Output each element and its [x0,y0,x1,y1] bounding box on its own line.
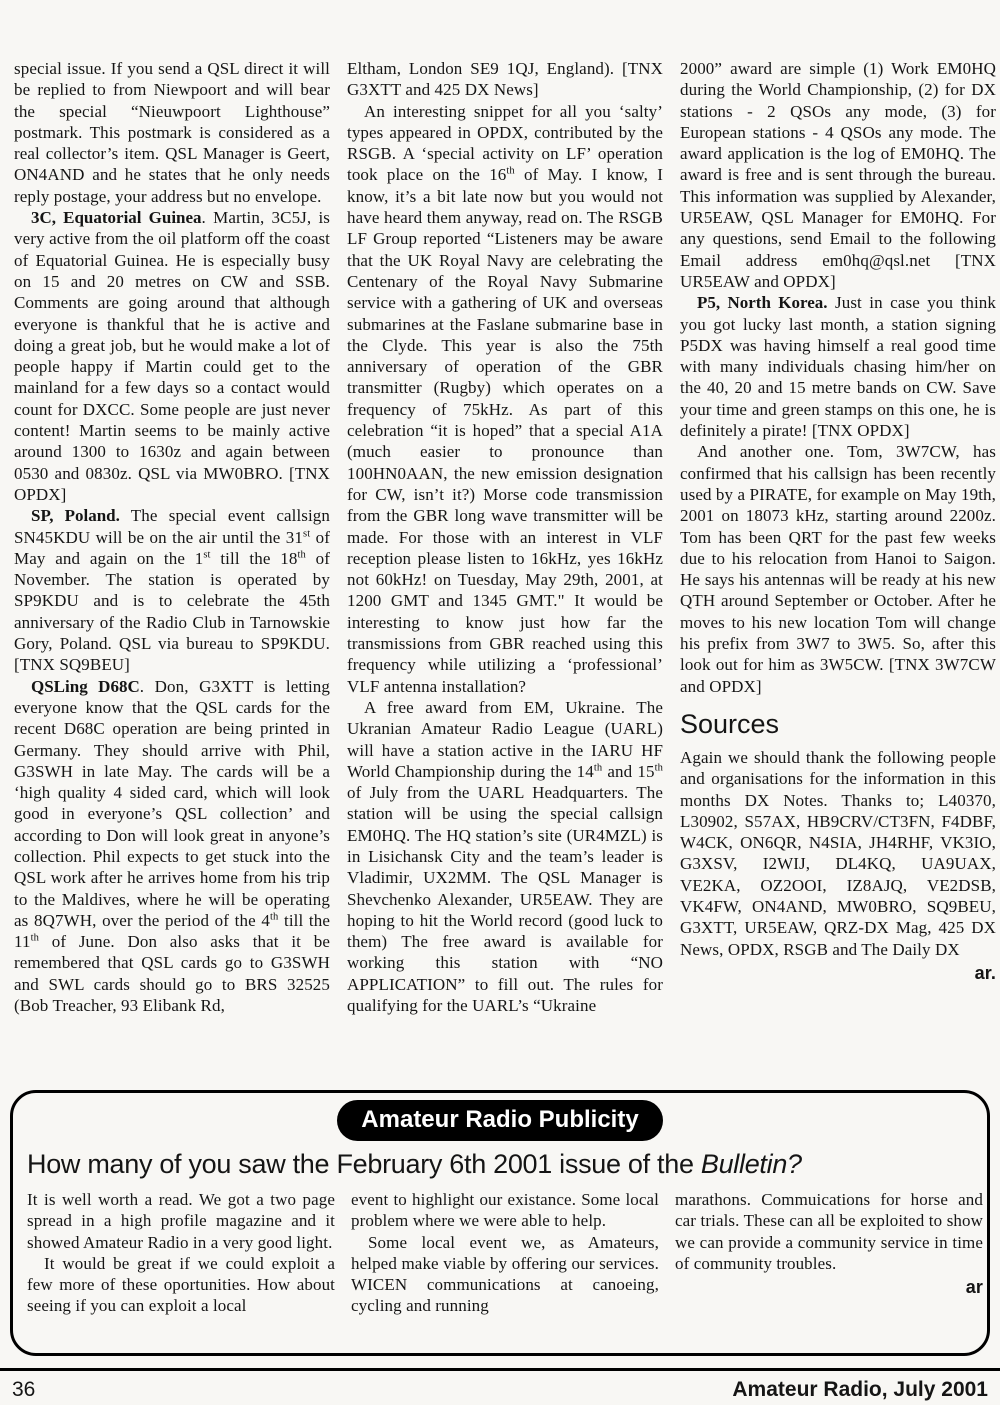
paragraph: It would be great if we could exploit a … [27,1253,335,1317]
article-columns: special issue. If you send a QSL direct … [14,58,992,1016]
dx-notes-article: special issue. If you send a QSL direct … [0,0,1000,1090]
paragraph: P5, North Korea. Just in case you think … [680,292,996,441]
text-column: 2000” award are simple (1) Work EM0HQ du… [680,58,996,1016]
author-initials: ar [675,1276,983,1298]
paragraph: marathons. Commuications for horse and c… [675,1189,983,1274]
publicity-columns: It is well worth a read. We got a two pa… [25,1189,975,1317]
publicity-banner: Amateur Radio Publicity [337,1100,662,1141]
paragraph: Some local event we, as Amateurs, helped… [351,1232,659,1317]
publicity-box: Amateur Radio Publicity How many of you … [10,1090,990,1356]
page-number: 36 [12,1378,35,1402]
paragraph: A free award from EM, Ukraine. The Ukran… [347,697,663,1016]
text-column: Eltham, London SE9 1QJ, England). [TNX G… [347,58,663,1016]
text-column: event to highlight our existance. Some l… [351,1189,659,1317]
paragraph: Eltham, London SE9 1QJ, England). [TNX G… [347,58,663,101]
paragraph: SP, Poland. The special event callsign S… [14,505,330,675]
paragraph: event to highlight our existance. Some l… [351,1189,659,1232]
paragraph: And another one. Tom, 3W7CW, has confirm… [680,441,996,697]
magazine-page: special issue. If you send a QSL direct … [0,0,1000,1402]
text-column: marathons. Commuications for horse and c… [675,1189,983,1317]
paragraph: An interesting snippet for all you ‘salt… [347,101,663,697]
text-column: special issue. If you send a QSL direct … [14,58,330,1016]
sources-heading: Sources [680,709,996,739]
paragraph: 2000” award are simple (1) Work EM0HQ du… [680,58,996,292]
paragraph: special issue. If you send a QSL direct … [14,58,330,207]
author-initials: ar. [680,962,996,984]
paragraph: QSLing D68C. Don, G3XTT is letting every… [14,676,330,1017]
magazine-title: Amateur Radio, July 2001 [732,1378,988,1402]
page-footer: 36 Amateur Radio, July 2001 [0,1371,1000,1402]
text-column: It is well worth a read. We got a two pa… [27,1189,335,1317]
paragraph: It is well worth a read. We got a two pa… [27,1189,335,1253]
paragraph: Again we should thank the following peop… [680,747,996,960]
publicity-headline: How many of you saw the February 6th 200… [27,1149,975,1179]
paragraph: 3C, Equatorial Guinea. Martin, 3C5J, is … [14,207,330,505]
